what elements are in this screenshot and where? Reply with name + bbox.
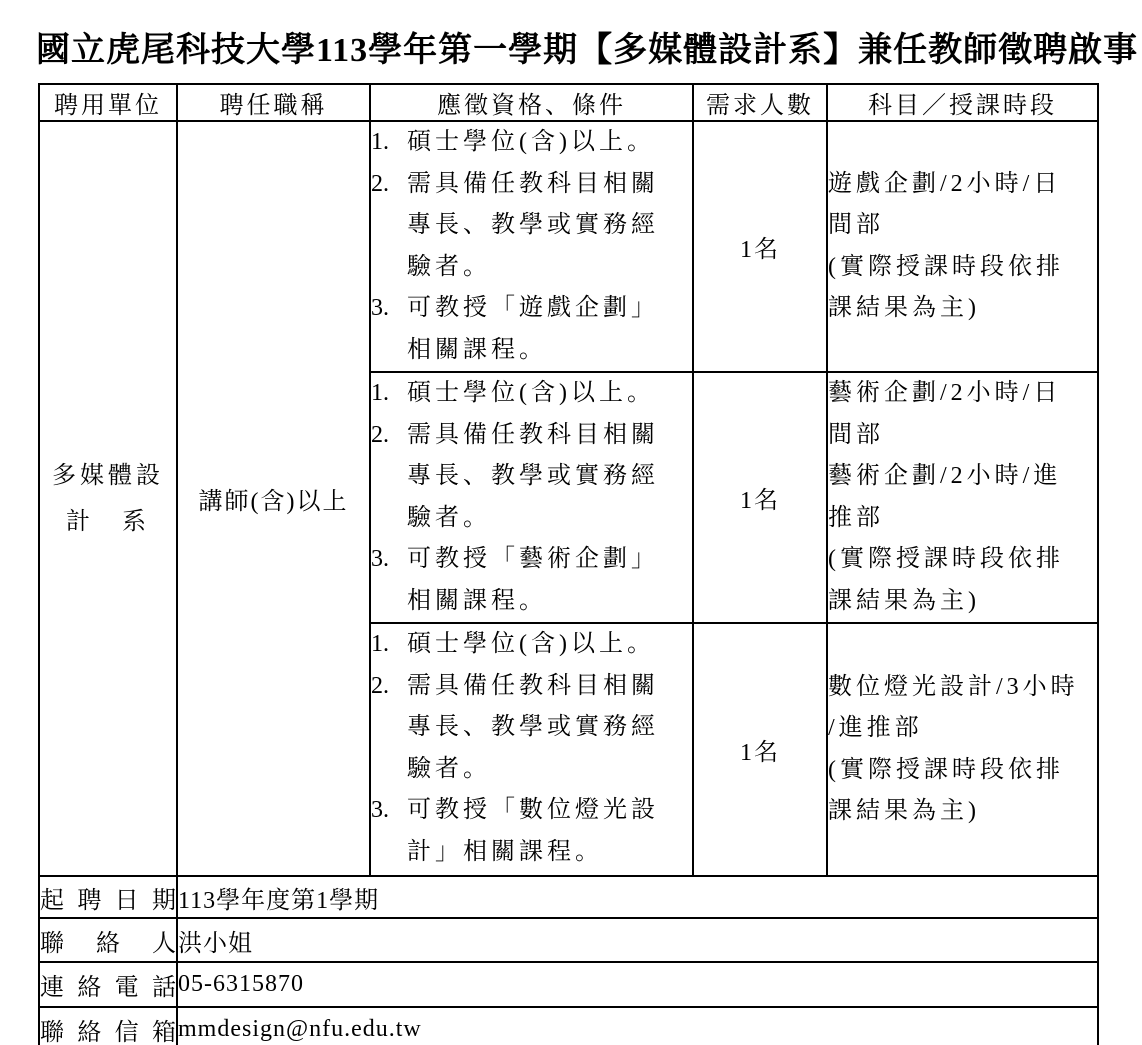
recruitment-table: 聘用單位 聘任職稱 應徵資格、條件 需求人數 科目／授課時段 多媒體設 計 系 … bbox=[38, 83, 1099, 1045]
item-text: 碩士學位(含)以上。 bbox=[407, 624, 692, 666]
contact-person-label: 聯絡人 bbox=[39, 918, 177, 962]
qualifications-cell: 1. 碩士學位(含)以上。 2. 需具備任教科目相關 專長、教學或實務經 驗者。… bbox=[370, 121, 693, 372]
headcount-cell: 1名 bbox=[693, 372, 827, 623]
headcount-cell: 1名 bbox=[693, 623, 827, 876]
item-number: 2. bbox=[371, 415, 407, 457]
col-header-headcount: 需求人數 bbox=[693, 84, 827, 121]
document-page: 國立虎尾科技大學113學年第一學期【多媒體設計系】兼任教師徵聘啟事 聘用單位 聘… bbox=[0, 0, 1142, 1045]
qualification-item: 2. 需具備任教科目相關 專長、教學或實務經 驗者。 bbox=[371, 415, 692, 540]
item-text: 可教授「數位燈光設 計」相關課程。 bbox=[407, 790, 692, 873]
contact-phone-label: 連絡電話 bbox=[39, 962, 177, 1007]
qualification-item: 2. 需具備任教科目相關 專長、教學或實務經 驗者。 bbox=[371, 666, 692, 791]
subject-schedule-cell: 遊戲企劃/2小時/日 間部 (實際授課時段依排 課結果為主) bbox=[827, 121, 1098, 372]
col-header-position-title: 聘任職稱 bbox=[177, 84, 370, 121]
table-row: 連絡電話 05-6315870 bbox=[39, 962, 1098, 1007]
item-number: 2. bbox=[371, 666, 407, 708]
item-number: 3. bbox=[371, 539, 407, 581]
table-row: 聯絡人 洪小姐 bbox=[39, 918, 1098, 962]
item-number: 1. bbox=[371, 122, 407, 164]
item-text: 需具備任教科目相關 專長、教學或實務經 驗者。 bbox=[407, 666, 692, 791]
start-date-value: 113學年度第1學期 bbox=[177, 876, 1098, 918]
item-text: 需具備任教科目相關 專長、教學或實務經 驗者。 bbox=[407, 415, 692, 540]
subject-schedule-cell: 數位燈光設計/3小時 /進推部 (實際授課時段依排 課結果為主) bbox=[827, 623, 1098, 876]
table-row: 聯絡信箱 mmdesign@nfu.edu.tw bbox=[39, 1007, 1098, 1045]
document-title: 國立虎尾科技大學113學年第一學期【多媒體設計系】兼任教師徵聘啟事 bbox=[36, 22, 1138, 71]
qualification-item: 1. 碩士學位(含)以上。 bbox=[371, 122, 692, 164]
start-date-label: 起聘日期 bbox=[39, 876, 177, 918]
item-text: 可教授「遊戲企劃」 相關課程。 bbox=[407, 288, 692, 371]
item-number: 2. bbox=[371, 164, 407, 206]
subject-schedule-cell: 藝術企劃/2小時/日 間部 藝術企劃/2小時/進 推部 (實際授課時段依排 課結… bbox=[827, 372, 1098, 623]
item-text: 可教授「藝術企劃」 相關課程。 bbox=[407, 539, 692, 622]
item-number: 3. bbox=[371, 288, 407, 330]
col-header-qualifications: 應徵資格、條件 bbox=[370, 84, 693, 121]
qualification-item: 3. 可教授「數位燈光設 計」相關課程。 bbox=[371, 790, 692, 873]
contact-phone-value: 05-6315870 bbox=[177, 962, 1098, 1007]
hiring-unit-cell: 多媒體設 計 系 bbox=[39, 121, 177, 876]
item-text: 碩士學位(含)以上。 bbox=[407, 122, 692, 164]
qualifications-cell: 1. 碩士學位(含)以上。 2. 需具備任教科目相關 專長、教學或實務經 驗者。… bbox=[370, 372, 693, 623]
position-title-cell: 講師(含)以上 bbox=[177, 121, 370, 876]
item-number: 3. bbox=[371, 790, 407, 832]
table-row: 起聘日期 113學年度第1學期 bbox=[39, 876, 1098, 918]
contact-email-value: mmdesign@nfu.edu.tw bbox=[177, 1007, 1098, 1045]
item-number: 1. bbox=[371, 624, 407, 666]
col-header-hiring-unit: 聘用單位 bbox=[39, 84, 177, 121]
contact-email-label: 聯絡信箱 bbox=[39, 1007, 177, 1045]
qualifications-cell: 1. 碩士學位(含)以上。 2. 需具備任教科目相關 專長、教學或實務經 驗者。… bbox=[370, 623, 693, 876]
table-header-row: 聘用單位 聘任職稱 應徵資格、條件 需求人數 科目／授課時段 bbox=[39, 84, 1098, 121]
table-row: 多媒體設 計 系 講師(含)以上 1. 碩士學位(含)以上。 2. 需具備任教科… bbox=[39, 121, 1098, 372]
col-header-subject-schedule: 科目／授課時段 bbox=[827, 84, 1098, 121]
contact-person-value: 洪小姐 bbox=[177, 918, 1098, 962]
qualification-item: 2. 需具備任教科目相關 專長、教學或實務經 驗者。 bbox=[371, 164, 692, 289]
item-text: 需具備任教科目相關 專長、教學或實務經 驗者。 bbox=[407, 164, 692, 289]
item-number: 1. bbox=[371, 373, 407, 415]
item-text: 碩士學位(含)以上。 bbox=[407, 373, 692, 415]
qualification-item: 1. 碩士學位(含)以上。 bbox=[371, 373, 692, 415]
qualification-item: 3. 可教授「遊戲企劃」 相關課程。 bbox=[371, 288, 692, 371]
headcount-cell: 1名 bbox=[693, 121, 827, 372]
qualification-item: 3. 可教授「藝術企劃」 相關課程。 bbox=[371, 539, 692, 622]
qualification-item: 1. 碩士學位(含)以上。 bbox=[371, 624, 692, 666]
